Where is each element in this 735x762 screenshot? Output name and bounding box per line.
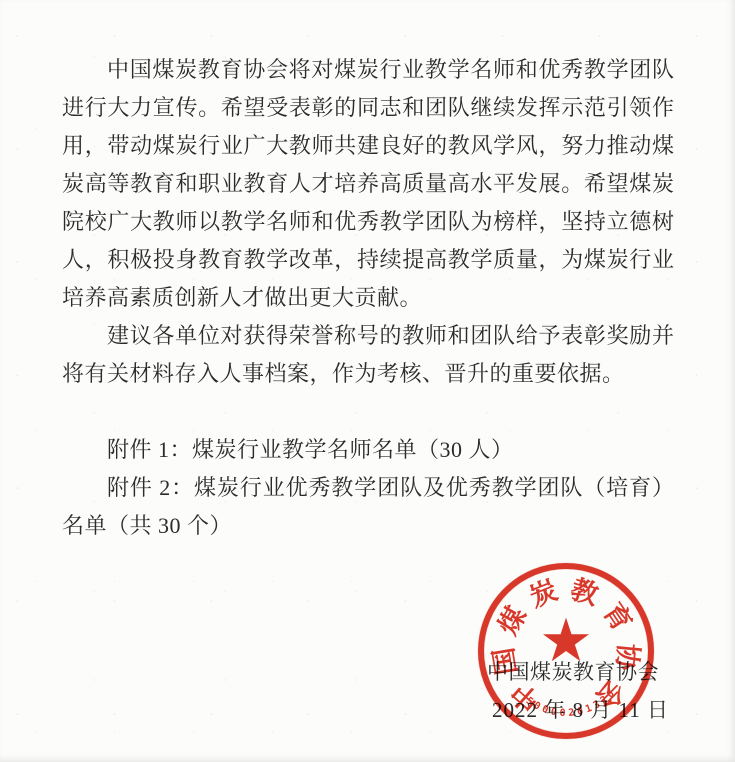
paragraph-line: 人，积极投身教育教学改革，持续提高教学质量，为煤炭行业 (62, 241, 674, 279)
document-page: { "colors":{ "paper":"#fcfcfa", "ink":"#… (0, 0, 735, 762)
seal-arc-char: 教 (567, 576, 601, 610)
paragraph-line: 用，带动煤炭行业广大教师共建良好的教风学风，努力推动煤 (62, 127, 674, 165)
paragraph-line: 中国煤炭教育协会将对煤炭行业教学名师和优秀教学团队 (62, 51, 674, 89)
signature-date: 2022 年 8 月 11 日 (492, 696, 669, 724)
seal-arc-char: 育 (598, 599, 635, 636)
seal-arc-char: 炭 (526, 577, 561, 612)
seal-arc-char: 煤 (495, 603, 532, 640)
paragraph-line: 进行大力宣传。希望受表彰的同志和团队继续发挥示范引领作 (62, 89, 674, 127)
paragraph-line: 将有关材料存入人事档案，作为考核、晋升的重要依据。 (62, 355, 674, 393)
paragraph-line: 培养高素质创新人才做出更大贡献。 (62, 279, 674, 317)
signature-organization: 中国煤炭教育协会 (487, 658, 659, 686)
paragraph-line: 建议各单位对获得荣誉称号的教师和团队给予表彰奖励并 (62, 317, 674, 355)
body-text: 中国煤炭教育协会将对煤炭行业教学名师和优秀教学团队 进行大力宣传。希望受表彰的同… (62, 51, 674, 545)
attachment-line: 附件 1：煤炭行业教学名师名单（30 人） (62, 431, 674, 469)
blank-line (62, 393, 674, 431)
attachment-line: 附件 2：煤炭行业优秀教学团队及优秀教学团队（培育） (62, 469, 674, 507)
paragraph-line: 炭高等教育和职业教育人才培养高质量高水平发展。希望煤炭 (62, 165, 674, 203)
attachment-line: 名单（共 30 个） (62, 507, 674, 545)
paragraph-line: 院校广大教师以教学名师和优秀教学团队为榜样，坚持立德树 (62, 203, 674, 241)
